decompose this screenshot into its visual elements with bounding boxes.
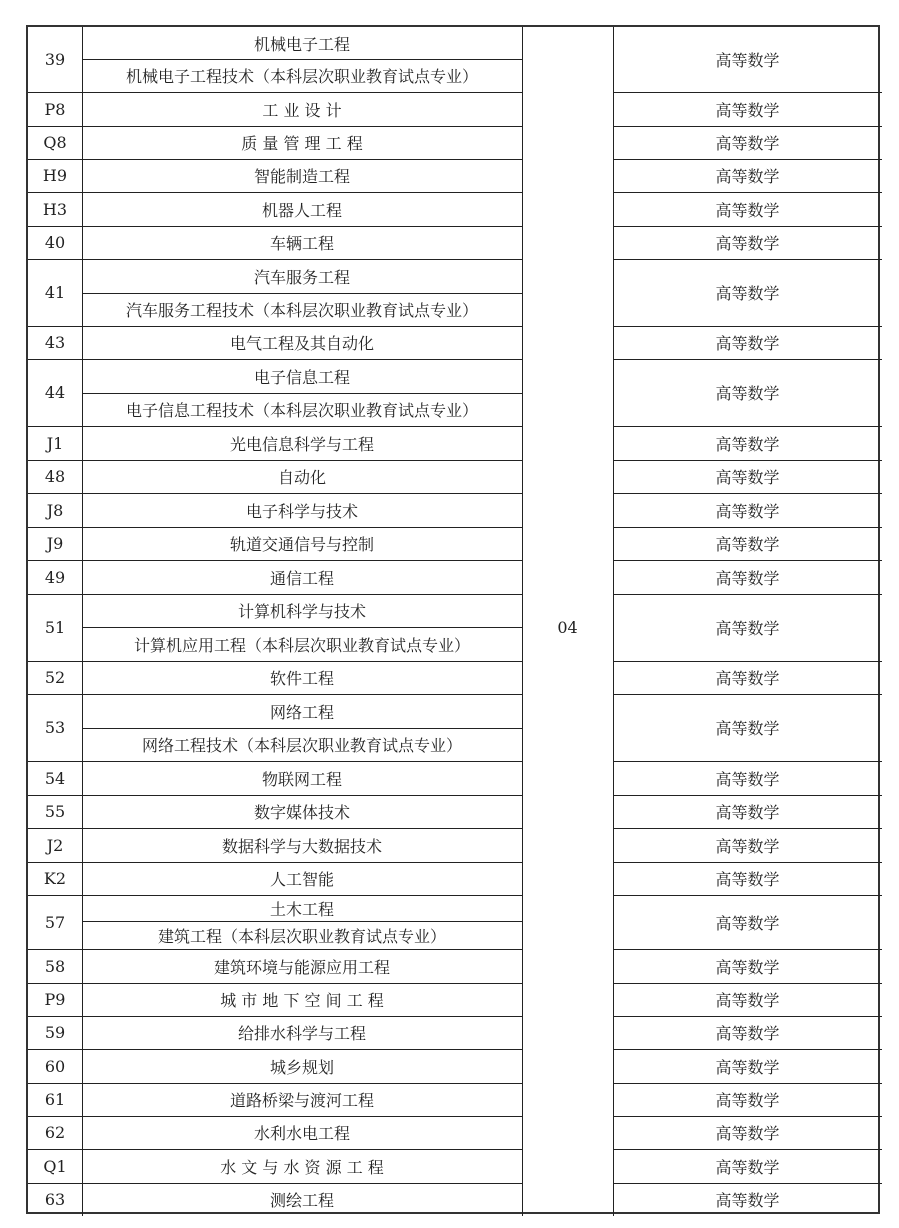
exam-subject: 高等数学 [613,1149,882,1183]
major-code: J9 [28,527,82,560]
major-code: 62 [28,1116,82,1149]
row-divider [613,1016,882,1017]
row-divider [613,1149,882,1150]
major-name: 软件工程 [82,661,522,694]
row-divider [613,527,882,528]
exam-code: 04 [522,594,613,661]
major-name: 质 量 管 理 工 程 [82,126,522,159]
major-code: 58 [28,949,82,983]
major-name: 工 业 设 计 [82,92,522,126]
row-divider [613,560,882,561]
major-code: H9 [28,159,82,192]
major-code: 60 [28,1049,82,1083]
major-name: 电子信息工程 [82,359,522,393]
major-name: 计算机应用工程（本科层次职业教育试点专业） [82,627,522,661]
major-code: 48 [28,460,82,493]
exam-subject: 高等数学 [613,259,882,326]
exam-subject: 高等数学 [613,126,882,159]
row-divider [28,761,522,762]
major-exam-table: 39机械电子工程机械电子工程技术（本科层次职业教育试点专业）高等数学P8工 业 … [26,25,880,1214]
major-name: 机械电子工程技术（本科层次职业教育试点专业） [82,59,522,92]
sub-row-divider [82,728,522,729]
row-divider [613,259,882,260]
exam-subject: 高等数学 [613,27,882,92]
row-divider [613,1183,882,1184]
row-divider [613,795,882,796]
major-code: 54 [28,761,82,795]
major-code: 40 [28,226,82,259]
row-divider [28,895,522,896]
major-name: 自动化 [82,460,522,493]
exam-subject: 高等数学 [613,983,882,1016]
exam-subject: 高等数学 [613,460,882,493]
major-name: 电子科学与技术 [82,493,522,527]
major-name: 城乡规划 [82,1049,522,1083]
major-code: 57 [28,895,82,949]
major-name: 通信工程 [82,560,522,594]
row-divider [613,594,882,595]
row-divider [28,92,522,93]
exam-subject: 高等数学 [613,527,882,560]
exam-subject: 高等数学 [613,694,882,761]
exam-subject: 高等数学 [613,1049,882,1083]
row-divider [613,895,882,896]
exam-subject: 高等数学 [613,895,882,949]
exam-subject: 高等数学 [613,359,882,426]
row-divider [28,828,522,829]
major-code: 61 [28,1083,82,1116]
exam-subject: 高等数学 [613,1183,882,1216]
major-code: Q1 [28,1149,82,1183]
row-divider [613,460,882,461]
exam-subject: 高等数学 [613,192,882,226]
row-divider [613,226,882,227]
major-name: 计算机科学与技术 [82,594,522,627]
exam-subject: 高等数学 [613,1083,882,1116]
major-name: 汽车服务工程技术（本科层次职业教育试点专业） [82,293,522,326]
row-divider [28,661,522,662]
row-divider [28,949,522,950]
row-divider [28,795,522,796]
major-code: 63 [28,1183,82,1216]
major-name: 数字媒体技术 [82,795,522,828]
major-code: 55 [28,795,82,828]
row-divider [613,326,882,327]
major-code: 53 [28,694,82,761]
major-code: 52 [28,661,82,694]
row-divider [28,1016,522,1017]
major-code: 43 [28,326,82,359]
exam-subject: 高等数学 [613,862,882,895]
major-name: 机械电子工程 [82,27,522,59]
row-divider [28,493,522,494]
major-name: 人工智能 [82,862,522,895]
major-code: K2 [28,862,82,895]
row-divider [613,493,882,494]
sub-row-divider [82,627,522,628]
row-divider [28,159,522,160]
row-divider [28,226,522,227]
row-divider [613,426,882,427]
major-code: 49 [28,560,82,594]
row-divider [28,983,522,984]
row-divider [28,460,522,461]
sub-row-divider [82,293,522,294]
exam-subject: 高等数学 [613,761,882,795]
row-divider [613,192,882,193]
sub-row-divider [82,393,522,394]
major-name: 土木工程 [82,895,522,921]
major-name: 网络工程技术（本科层次职业教育试点专业） [82,728,522,761]
row-divider [613,1116,882,1117]
exam-subject: 高等数学 [613,159,882,192]
major-name: 道路桥梁与渡河工程 [82,1083,522,1116]
row-divider [28,326,522,327]
major-code: 44 [28,359,82,426]
row-divider [28,694,522,695]
row-divider [613,1083,882,1084]
row-divider [613,761,882,762]
major-name: 水利水电工程 [82,1116,522,1149]
row-divider [28,560,522,561]
row-divider [613,92,882,93]
row-divider [613,949,882,950]
major-name: 物联网工程 [82,761,522,795]
major-code: P9 [28,983,82,1016]
major-name: 轨道交通信号与控制 [82,527,522,560]
row-divider [613,126,882,127]
major-name: 车辆工程 [82,226,522,259]
exam-subject: 高等数学 [613,795,882,828]
major-name: 建筑工程（本科层次职业教育试点专业） [82,921,522,949]
row-divider [613,694,882,695]
row-divider [28,594,522,595]
exam-subject: 高等数学 [613,92,882,126]
exam-subject: 高等数学 [613,594,882,661]
exam-subject: 高等数学 [613,1116,882,1149]
sub-row-divider [82,59,522,60]
exam-subject: 高等数学 [613,1016,882,1049]
major-code: H3 [28,192,82,226]
major-name: 汽车服务工程 [82,259,522,293]
major-name: 测绘工程 [82,1183,522,1216]
major-name: 电子信息工程技术（本科层次职业教育试点专业） [82,393,522,426]
row-divider [28,259,522,260]
major-name: 建筑环境与能源应用工程 [82,949,522,983]
row-divider [613,862,882,863]
row-divider [28,1149,522,1150]
exam-subject: 高等数学 [613,493,882,527]
row-divider [28,192,522,193]
row-divider [28,1083,522,1084]
major-code: P8 [28,92,82,126]
exam-subject: 高等数学 [613,949,882,983]
row-divider [28,1183,522,1184]
row-divider [613,983,882,984]
sub-row-divider [82,921,522,922]
major-code: 51 [28,594,82,661]
major-code: 59 [28,1016,82,1049]
major-name: 数据科学与大数据技术 [82,828,522,862]
exam-subject: 高等数学 [613,560,882,594]
row-divider [613,1049,882,1050]
exam-subject: 高等数学 [613,661,882,694]
row-divider [28,426,522,427]
major-code: Q8 [28,126,82,159]
row-divider [613,359,882,360]
major-name: 城 市 地 下 空 间 工 程 [82,983,522,1016]
major-name: 光电信息科学与工程 [82,426,522,460]
major-name: 机器人工程 [82,192,522,226]
major-code: J2 [28,828,82,862]
exam-subject: 高等数学 [613,426,882,460]
major-code: 41 [28,259,82,326]
major-code: 39 [28,27,82,92]
row-divider [28,862,522,863]
row-divider [28,359,522,360]
exam-subject: 高等数学 [613,828,882,862]
row-divider [613,159,882,160]
major-name: 网络工程 [82,694,522,728]
major-code: J1 [28,426,82,460]
exam-subject: 高等数学 [613,226,882,259]
row-divider [28,1116,522,1117]
major-name: 给排水科学与工程 [82,1016,522,1049]
row-divider [28,527,522,528]
row-divider [28,1049,522,1050]
row-divider [28,126,522,127]
major-name: 电气工程及其自动化 [82,326,522,359]
row-divider [613,828,882,829]
exam-subject: 高等数学 [613,326,882,359]
major-code: J8 [28,493,82,527]
major-name: 水 文 与 水 资 源 工 程 [82,1149,522,1183]
major-name: 智能制造工程 [82,159,522,192]
row-divider [613,661,882,662]
